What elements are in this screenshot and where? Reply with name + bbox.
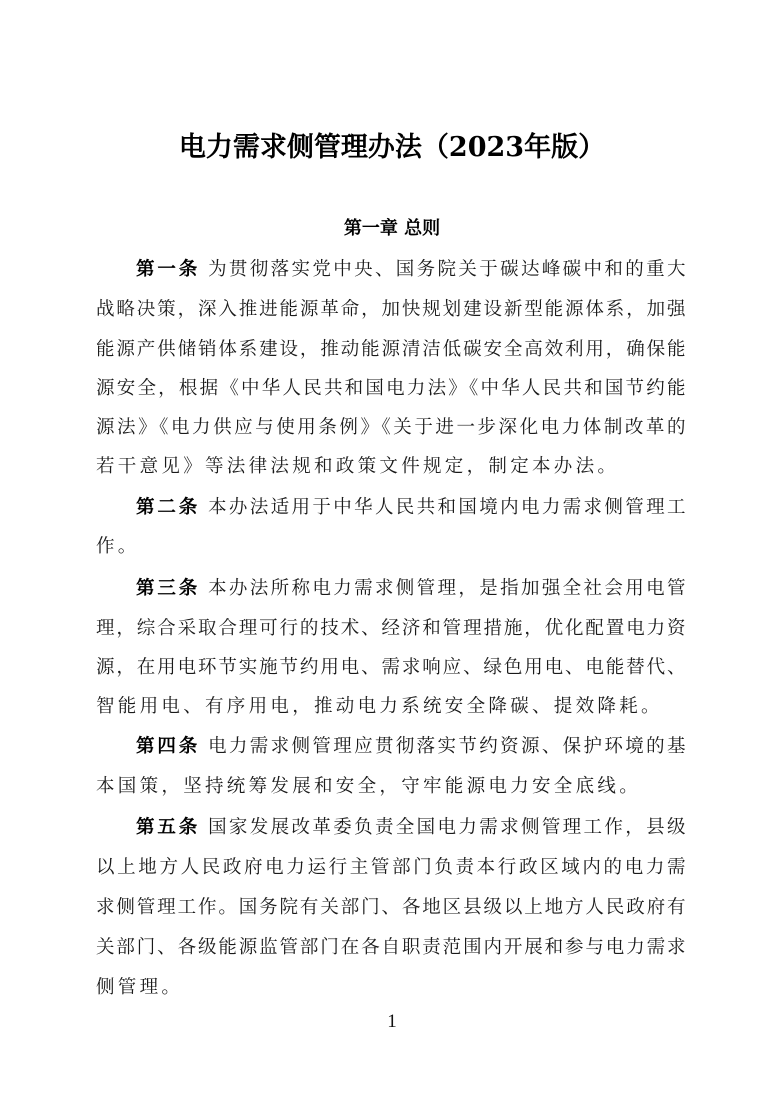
article-3-line-3: 源，在用电环节实施节约用电、需求响应、绿色用电、电能替代、 [96,653,686,683]
article-5-line-2: 以上地方人民政府电力运行主管部门负责本行政区域内的电力需 [96,853,686,883]
article-2-line-2: 作。 [96,532,686,562]
article-text: 本办法所称电力需求侧管理，是指加强全社会用电管 [208,578,686,599]
article-3-line-2: 理，综合采取合理可行的技术、经济和管理措施，优化配置电力资 [96,614,686,644]
article-3-line-4: 智能用电、有序用电，推动电力系统安全降碳、提效降耗。 [96,692,686,722]
article-1-line-5: 源法》《电力供应与使用条例》《关于进一步深化电力体制改革的 [96,413,686,443]
article-label: 第二条 [136,497,200,518]
article-text: 国家发展改革委负责全国电力需求侧管理工作，县级 [208,817,686,838]
chapter-heading: 第一章 总则 [0,214,784,244]
article-label: 第一条 [136,259,200,280]
document-title: 电力需求侧管理办法（2023年版） [0,128,784,168]
article-text: 本办法适用于中华人民共和国境内电力需求侧管理工 [208,497,686,518]
article-4-line-2: 本国策，坚持统筹发展和安全，守牢能源电力安全底线。 [96,772,686,802]
article-1-line-3: 能源产供储销体系建设，推动能源清洁低碳安全高效利用，确保能 [96,335,686,365]
article-2-line-1: 第二条本办法适用于中华人民共和国境内电力需求侧管理工 [136,493,686,523]
article-5-line-3: 求侧管理工作。国务院有关部门、各地区县级以上地方人民政府有 [96,893,686,923]
article-label: 第三条 [136,578,200,599]
document-page: 电力需求侧管理办法（2023年版） 第一章 总则 第一条为贯彻落实党中央、国务院… [0,0,784,1120]
article-label: 第五条 [136,817,200,838]
article-5-line-5: 侧管理。 [96,973,686,1003]
article-text: 电力需求侧管理应贯彻落实节约资源、保护环境的基 [208,736,686,757]
article-5-line-4: 关部门、各级能源监管部门在各自职责范围内开展和参与电力需求 [96,933,686,963]
article-label: 第四条 [136,736,200,757]
article-1-line-4: 源安全，根据《中华人民共和国电力法》《中华人民共和国节约能 [96,374,686,404]
article-4-line-1: 第四条电力需求侧管理应贯彻落实节约资源、保护环境的基 [136,732,686,762]
article-1-line-1: 第一条为贯彻落实党中央、国务院关于碳达峰碳中和的重大 [136,255,686,285]
page-number: 1 [0,1010,784,1034]
article-1-line-2: 战略决策，深入推进能源革命，加快规划建设新型能源体系，加强 [96,295,686,325]
article-1-line-6: 若干意见》等法律法规和政策文件规定，制定本办法。 [96,452,686,482]
article-3-line-1: 第三条本办法所称电力需求侧管理，是指加强全社会用电管 [136,574,686,604]
article-5-line-1: 第五条国家发展改革委负责全国电力需求侧管理工作，县级 [136,813,686,843]
article-text: 为贯彻落实党中央、国务院关于碳达峰碳中和的重大 [208,259,686,280]
